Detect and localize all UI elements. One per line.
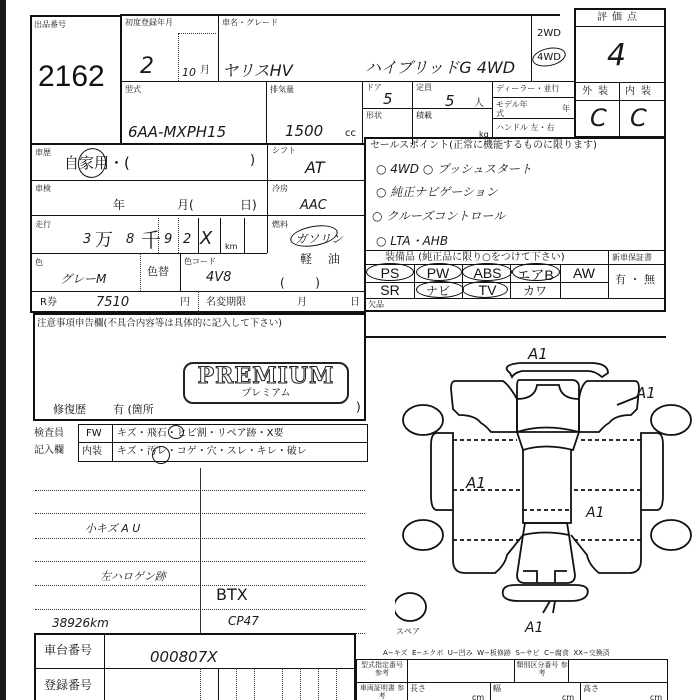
- yen-unit: 円: [180, 297, 190, 308]
- drive-2wd: 2WD: [537, 28, 561, 39]
- divider: [568, 659, 569, 682]
- divider: [178, 33, 216, 34]
- divider: [31, 253, 267, 254]
- mileage-digit: 8: [126, 232, 134, 247]
- damage-mark: A1: [466, 474, 486, 492]
- damage-mark: A1: [636, 384, 656, 402]
- divider: [407, 659, 408, 700]
- missing-label: 欠品: [368, 300, 384, 309]
- shaken-label: 車検: [35, 184, 51, 193]
- divider: [198, 218, 199, 253]
- divider: [619, 82, 620, 137]
- inspector-note: CP47: [228, 614, 259, 628]
- usage-close: ): [250, 155, 255, 166]
- damage-mark: A1: [586, 505, 604, 521]
- divider: [362, 108, 492, 109]
- notes-label: 注意事項申告欄(不具合内容等は具体的に記入して下さい): [37, 318, 282, 329]
- length-label: 長さ: [410, 684, 426, 693]
- height-unit: cm: [650, 693, 662, 700]
- ac: AAC: [300, 198, 327, 213]
- divider: [140, 253, 141, 291]
- divider: [266, 81, 267, 145]
- inspector-label-2: 記入欄: [34, 445, 64, 456]
- divider: [218, 14, 219, 81]
- divider: [356, 682, 668, 683]
- divider: [178, 33, 179, 81]
- note-line: [35, 561, 365, 562]
- name-change-label: 名変期限: [206, 297, 246, 308]
- fw-circle: [168, 425, 184, 439]
- divider: [31, 215, 364, 216]
- note-line: [35, 585, 365, 586]
- lot-number: 2162: [38, 60, 105, 94]
- fuel-alt: 軽 油: [300, 254, 346, 265]
- divider: [31, 180, 364, 181]
- mileage-digit: 2: [183, 232, 191, 247]
- model-code: 6AA-MXPH15: [128, 123, 226, 141]
- equipment-circle: [366, 263, 414, 281]
- recycle-value: 7510: [96, 295, 129, 310]
- doors: 5: [383, 90, 393, 108]
- color-change-label: 色替: [147, 266, 169, 277]
- mileage-digit: 9: [164, 232, 172, 247]
- scan-edge: [0, 0, 6, 700]
- divider: [112, 424, 113, 462]
- interior-circle: [152, 446, 170, 464]
- divider: [580, 682, 581, 700]
- model-year-unit: 年: [562, 104, 570, 113]
- inspector-note: 左ハロゲン跡: [100, 568, 166, 584]
- shaken-day-unit: 日): [240, 200, 257, 211]
- shift-label: シフト: [272, 146, 296, 155]
- color: グレーM: [60, 270, 106, 287]
- registration-number-label: 登録番号: [44, 680, 92, 691]
- model-year-label: モデル年式: [496, 100, 532, 118]
- damage-mark: A1: [528, 345, 548, 363]
- divider: [492, 97, 574, 98]
- inspector-note: BTX: [216, 585, 248, 604]
- width-label: 幅: [493, 684, 501, 693]
- score-block: [574, 8, 666, 138]
- note-line: [35, 609, 365, 610]
- model-code-label: 型式: [125, 85, 141, 94]
- fw-label: FW: [86, 428, 102, 439]
- doors-label: ドア: [366, 83, 382, 92]
- divider: [318, 668, 319, 700]
- note-line: [35, 490, 365, 491]
- divider: [78, 442, 368, 443]
- divider: [575, 100, 665, 101]
- divider: [254, 668, 255, 700]
- divider: [104, 633, 105, 700]
- width-unit: cm: [562, 693, 574, 700]
- sales-point: ○ LTA・AHB: [376, 232, 448, 249]
- interior-items: キズ・汚レ・コゲ・穴・スレ・キレ・破レ: [117, 446, 307, 457]
- divider: [362, 81, 363, 145]
- lot-number-label: 出品番号: [34, 20, 66, 29]
- sales-point: ○ クルーズコントロール: [372, 207, 505, 224]
- equipment-circle: [462, 281, 508, 298]
- note-line: [35, 538, 365, 539]
- body-shape-label: 形状: [366, 111, 382, 120]
- fw-items: キズ・飛石・ヒビ割・リペア跡・X要: [117, 428, 283, 439]
- warranty-label: 新車保証書: [612, 253, 652, 262]
- divider: [492, 118, 574, 119]
- color-code: 4V8: [206, 270, 231, 285]
- vehicle-cert-label: 車両証明書 参考: [358, 684, 406, 700]
- premium-stamp-text: PREMIUM: [185, 364, 347, 388]
- exterior-label: 外装: [582, 86, 614, 97]
- fuel-paren: ( ): [280, 278, 320, 289]
- divider: [608, 250, 609, 298]
- first-registration-label: 初度登録年月: [125, 18, 173, 27]
- ac-label: 冷房: [272, 184, 288, 193]
- interior-grade: C: [630, 104, 647, 132]
- usage-label: 車歴: [35, 148, 51, 157]
- divider: [575, 26, 665, 27]
- load-label: 積載: [416, 111, 432, 120]
- divider: [365, 298, 665, 299]
- displacement: 1500: [285, 122, 323, 140]
- spare-label: スペア: [396, 627, 420, 636]
- grade: ハイブリッドG 4WD: [365, 55, 515, 78]
- first-registration-year: 2: [140, 54, 154, 79]
- mileage-digit: 万: [95, 226, 113, 252]
- sales-points-label: セールスポイント(正常に機能するものに限ります): [370, 140, 597, 151]
- divider: [180, 253, 181, 291]
- repair-history-close: ): [356, 402, 361, 413]
- divider: [34, 668, 356, 669]
- divider: [178, 218, 179, 253]
- divider: [560, 264, 561, 298]
- damage-legend: A−キズ E−エクボ U−凹み W−板修跡 S−サビ C−腐食 XX−交換済: [383, 649, 610, 657]
- warranty-options: 有 ・ 無: [615, 274, 655, 285]
- displacement-unit: cc: [345, 128, 356, 139]
- interior-row-label: 内装: [82, 446, 102, 457]
- shaken-year-unit: 年: [113, 200, 125, 211]
- divider: [575, 82, 665, 83]
- equipment-circle: [462, 263, 512, 281]
- height-label: 高さ: [583, 684, 599, 693]
- damage-mark: A1: [525, 620, 543, 636]
- divider: [531, 14, 532, 81]
- divider: [414, 264, 415, 298]
- month-unit: 月: [200, 65, 210, 76]
- divider: [412, 81, 413, 145]
- inspector-label-1: 検査員: [34, 428, 64, 439]
- name-change-month: 月: [297, 297, 307, 308]
- mileage-digit: X: [200, 228, 212, 249]
- handle-label: ハンドル 左・右: [496, 123, 555, 132]
- divider: [120, 81, 574, 82]
- divider: [198, 291, 199, 313]
- score: 4: [607, 38, 626, 73]
- divider: [514, 659, 515, 682]
- drive-4wd-circle: [531, 45, 568, 70]
- divider: [282, 668, 283, 700]
- note-line: [35, 513, 365, 514]
- length-unit: cm: [472, 693, 484, 700]
- premium-stamp: PREMIUM プレミアム: [183, 362, 349, 404]
- interior-label: 内装: [625, 86, 657, 97]
- fuel-label: 燃料: [272, 220, 288, 229]
- divider: [490, 682, 491, 700]
- divider: [300, 668, 301, 700]
- divider: [365, 250, 665, 251]
- dealer-label: ディーラー・並行: [496, 84, 559, 93]
- mileage-digit: 3: [83, 232, 91, 247]
- premium-stamp-jp: プレミアム: [185, 388, 347, 399]
- divider: [364, 336, 666, 338]
- divider: [158, 218, 159, 253]
- divider: [244, 218, 245, 253]
- exterior-grade: C: [590, 104, 607, 132]
- shaken-month-unit: 月(: [177, 200, 194, 211]
- car-name: ヤリスHV: [222, 58, 293, 81]
- divider: [267, 143, 268, 253]
- sales-point: ○ 4WD ○ プッシュスタート: [376, 160, 532, 177]
- capacity-label: 定員: [416, 83, 432, 92]
- mileage-unit: km: [225, 242, 237, 251]
- equipment-circle: [416, 281, 464, 298]
- equipment-circle: [512, 263, 560, 281]
- equipment-label: 装備品 (純正品に限り○をつけて下さい): [385, 252, 565, 263]
- divider: [220, 218, 221, 253]
- chassis-number-label: 車台番号: [44, 645, 92, 656]
- equipment-leather: カワ: [512, 282, 558, 299]
- repair-history-value: 有 (箇所: [113, 404, 154, 415]
- mileage-label: 走行: [35, 220, 51, 229]
- displacement-label: 排気量: [270, 85, 294, 94]
- divider: [492, 81, 493, 138]
- divider: [218, 668, 219, 700]
- divider: [200, 668, 201, 700]
- category-number-label: 類別区分番号 参考: [516, 661, 568, 677]
- car-name-label: 車名・グレード: [222, 18, 278, 27]
- equipment-aw: AW: [562, 265, 606, 281]
- shift: AT: [305, 158, 325, 177]
- score-label: 評価点: [597, 12, 642, 23]
- recycle-label: R券: [40, 297, 57, 308]
- type-designation-label: 型式指定番号 参考: [358, 661, 406, 677]
- equipment-circle: [416, 263, 462, 281]
- inspector-note: 小キズ A U: [85, 520, 140, 536]
- equipment-sr: SR: [370, 282, 410, 298]
- color-label: 色: [35, 258, 43, 267]
- name-change-day: 日: [350, 297, 360, 308]
- inspector-note: 38926km: [52, 616, 109, 630]
- repair-history-label: 修復歴: [53, 404, 86, 415]
- color-code-label: 色コード: [184, 257, 216, 266]
- divider: [120, 14, 121, 145]
- divider: [336, 668, 337, 700]
- first-registration-month: 10: [182, 66, 196, 79]
- chassis-number: 000807X: [150, 648, 218, 666]
- sales-point: ○ 純正ナビゲーション: [376, 183, 498, 200]
- divider: [236, 668, 237, 700]
- top-border: [120, 14, 560, 16]
